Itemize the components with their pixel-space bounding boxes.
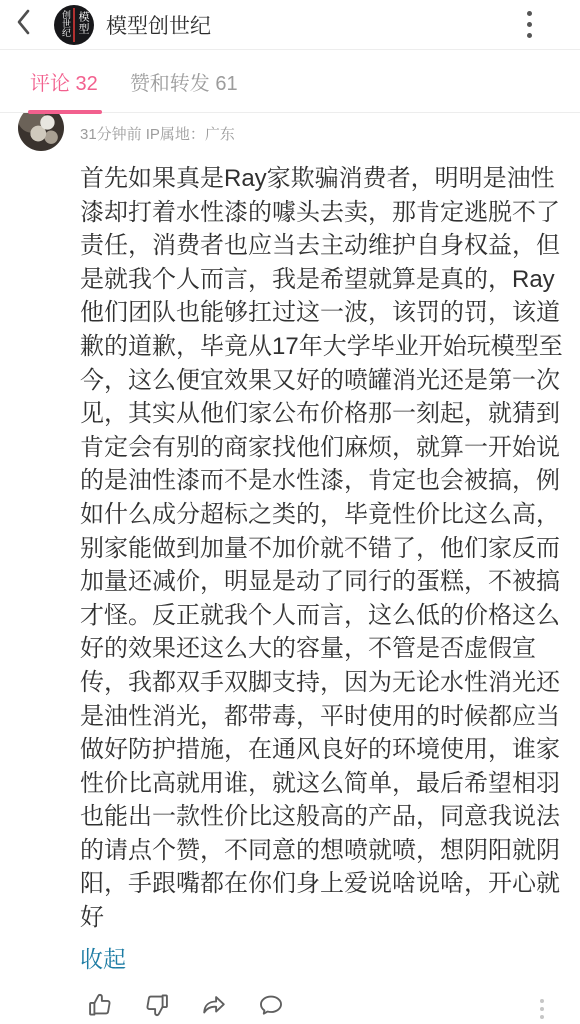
- active-tab-underline: [28, 110, 102, 114]
- channel-logo-avatar[interactable]: 模型 创世纪: [54, 5, 94, 45]
- tab-bar: 评论 32 赞和转发 61: [0, 50, 580, 113]
- comment-item: 31分钟前IP属地：广东 首先如果真是Ray家欺骗消费者，明明是油性漆却打着水性…: [0, 113, 580, 1019]
- logo-red-stripe: [73, 8, 75, 42]
- comment-detail-screen: 模型 创世纪 模型创世纪 评论 32 赞和转发 61 31分钟前IP属地：广东 …: [0, 0, 580, 1024]
- collapse-link[interactable]: 收起: [80, 941, 126, 974]
- thumbs-up-icon: [86, 991, 114, 1019]
- tab-comments[interactable]: 评论 32: [30, 67, 98, 96]
- back-button[interactable]: [0, 0, 46, 50]
- dislike-button[interactable]: [143, 991, 171, 1019]
- back-icon: [13, 8, 33, 41]
- share-forward-icon: [200, 991, 228, 1019]
- logo-text-left: 创世纪: [61, 10, 70, 37]
- comment-action-bar: [0, 991, 580, 1019]
- page-title: 模型创世纪: [106, 10, 211, 40]
- comment-options-button[interactable]: [536, 995, 548, 1023]
- kebab-menu-icon: [527, 11, 532, 16]
- mini-kebab-icon: [540, 999, 544, 1003]
- logo-text-right: 模型: [77, 11, 88, 35]
- comment-ip-location: IP属地：广东: [146, 126, 235, 143]
- tab-likes-reposts[interactable]: 赞和转发 61: [130, 67, 238, 96]
- top-bar: 模型 创世纪 模型创世纪: [0, 0, 580, 50]
- overflow-menu-button[interactable]: [521, 5, 538, 44]
- thumbs-down-icon: [143, 991, 171, 1019]
- share-button[interactable]: [200, 991, 228, 1019]
- like-button[interactable]: [86, 991, 114, 1019]
- comment-timestamp: 31分钟前: [80, 126, 142, 143]
- comment-bubble-icon: [257, 991, 285, 1019]
- comment-body: 首先如果真是Ray家欺骗消费者，明明是油性漆却打着水性漆的噱头去卖，那肯定逃脱不…: [80, 162, 564, 935]
- comment-meta: 31分钟前IP属地：广东: [0, 113, 580, 144]
- reply-button[interactable]: [257, 991, 285, 1019]
